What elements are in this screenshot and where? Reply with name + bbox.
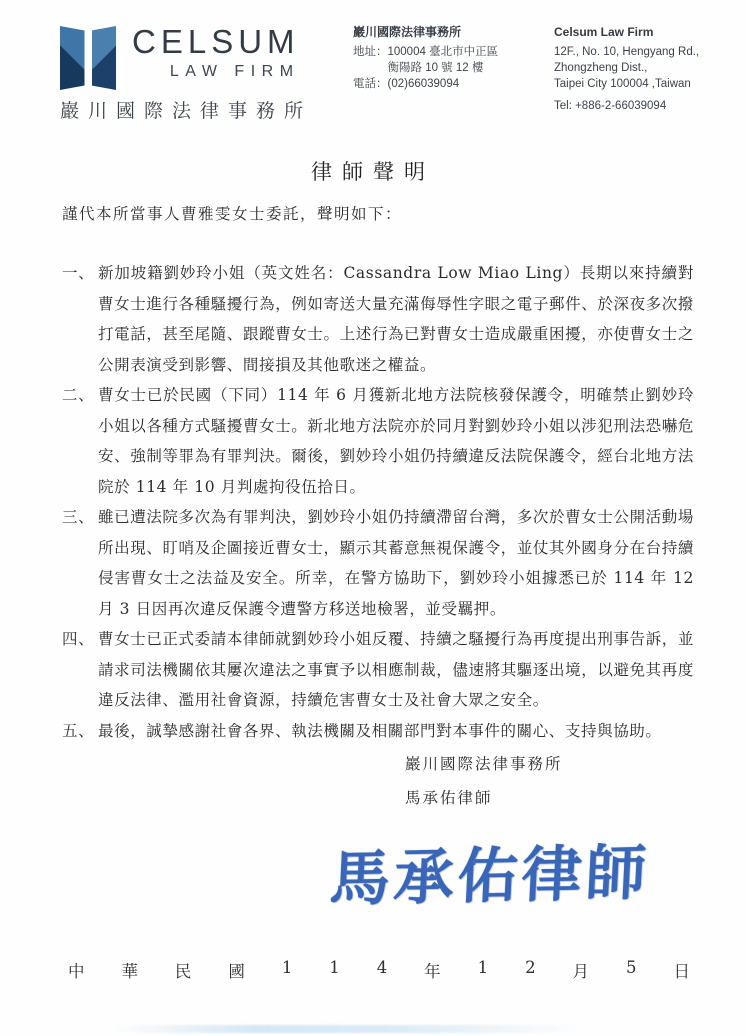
statement-item-4: 四、 曹女士已正式委請本律師就劉妙玲小姐反覆、持續之騷擾行為再度提出刑事告訴，並… xyxy=(62,624,694,716)
statement-item-1: 一、 新加坡籍劉妙玲小姐（英文姓名：Cassandra Low Miao Lin… xyxy=(62,258,694,380)
date-char: 月 xyxy=(573,958,590,982)
date-char: 日 xyxy=(673,958,690,982)
date-char: 華 xyxy=(121,958,138,982)
date-char: 4 xyxy=(377,958,388,982)
date-char: 國 xyxy=(228,958,245,982)
item-text: 雖已遭法院多次為有罪判決，劉妙玲小姐仍持續滯留台灣，多次於曹女士公開活動場所出現… xyxy=(98,502,694,624)
date-char: 1 xyxy=(282,958,293,982)
item-marker: 四、 xyxy=(62,624,98,716)
date-char: 民 xyxy=(175,958,192,982)
logo-firm-chinese-name: 巖川國際法律事務所 xyxy=(60,96,330,123)
statement-items: 一、 新加坡籍劉妙玲小姐（英文姓名：Cassandra Low Miao Lin… xyxy=(62,258,694,746)
item-text: 曹女士已正式委請本律師就劉妙玲小姐反覆、持續之騷擾行為再度提出刑事告訴，並請求司… xyxy=(98,624,694,716)
date-char: 中 xyxy=(68,958,85,982)
logo-panel-right xyxy=(92,26,117,90)
contact-zh-firm: 巖川國際法律事務所 xyxy=(353,24,531,40)
statement-item-5: 五、 最後，誠摯感謝社會各界、執法機關及相關部門對本事件的關心、支持與協助。 xyxy=(62,716,694,747)
item-marker: 一、 xyxy=(62,258,98,380)
contact-en-tel: Tel: +886-2-66039094 xyxy=(554,98,704,114)
item-marker: 二、 xyxy=(62,380,98,502)
attorney-signature-handwriting: 馬承佑律師 xyxy=(328,824,702,918)
date-char: 2 xyxy=(525,958,536,982)
statement-item-3: 三、 雖已遭法院多次為有罪判決，劉妙玲小姐仍持續滯留台灣，多次於曹女士公開活動場… xyxy=(62,502,694,624)
scan-edge-artifact xyxy=(112,1025,582,1033)
date-char: 1 xyxy=(478,958,489,982)
intro-paragraph: 謹代本所當事人曹雅雯女士委託，聲明如下： xyxy=(62,199,692,229)
item-marker: 三、 xyxy=(62,502,98,624)
logo-panel-left xyxy=(60,26,85,90)
page-title: 律師聲明 xyxy=(0,156,746,186)
logo-firm-name: CELSUM xyxy=(132,24,300,60)
closing-firm-name: 巖川國際法律事務所 xyxy=(405,747,563,781)
firm-logo: CELSUM LAW FIRM 巖川國際法律事務所 xyxy=(60,24,330,123)
contact-zh-address-line2: 衡陽路 10 號 12 樓 xyxy=(388,62,484,74)
contact-zh-phone-label: 電話： xyxy=(353,76,388,92)
closing-attorney-name: 馬承佑律師 xyxy=(405,781,563,815)
celsum-logo-icon xyxy=(60,26,116,90)
date-char: 1 xyxy=(329,958,340,982)
item-marker: 五、 xyxy=(62,716,98,747)
contact-zh-address-line1: 100004 臺北市中正區 xyxy=(388,46,499,58)
closing-block: 巖川國際法律事務所 馬承佑律師 xyxy=(405,747,563,815)
contact-en-address-line2: Zhongzheng Dist., xyxy=(554,60,704,76)
statement-item-2: 二、 曹女士已於民國（下同）114 年 6 月獲新北地方法院核發保護令，明確禁止… xyxy=(62,380,694,502)
contact-en-address-line3: Taipei City 100004 ,Taiwan xyxy=(554,76,704,92)
logo-firm-subtitle: LAW FIRM xyxy=(170,60,300,84)
contact-zh-phone: (02)66039094 xyxy=(388,76,460,92)
roc-date-line: 中 華 民 國 1 1 4 年 1 2 月 5 日 xyxy=(68,958,690,982)
contact-block-english: Celsum Law Firm 12F., No. 10, Hengyang R… xyxy=(554,24,704,114)
date-char: 5 xyxy=(626,958,637,982)
letterhead: CELSUM LAW FIRM 巖川國際法律事務所 巖川國際法律事務所 地址： … xyxy=(60,24,704,123)
contact-en-firm: Celsum Law Firm xyxy=(554,24,704,40)
scanned-legal-statement-page: CELSUM LAW FIRM 巖川國際法律事務所 巖川國際法律事務所 地址： … xyxy=(0,0,746,1036)
item-text: 最後，誠摯感謝社會各界、執法機關及相關部門對本事件的關心、支持與協助。 xyxy=(98,716,694,747)
contact-zh-address-label: 地址： xyxy=(353,44,388,76)
date-char: 年 xyxy=(424,958,441,982)
contact-en-address-line1: 12F., No. 10, Hengyang Rd., xyxy=(554,44,704,60)
item-text: 新加坡籍劉妙玲小姐（英文姓名：Cassandra Low Miao Ling）長… xyxy=(98,258,694,380)
item-text: 曹女士已於民國（下同）114 年 6 月獲新北地方法院核發保護令，明確禁止劉妙玲… xyxy=(98,380,694,502)
contact-block-chinese: 巖川國際法律事務所 地址： 100004 臺北市中正區 衡陽路 10 號 12 … xyxy=(353,24,531,92)
